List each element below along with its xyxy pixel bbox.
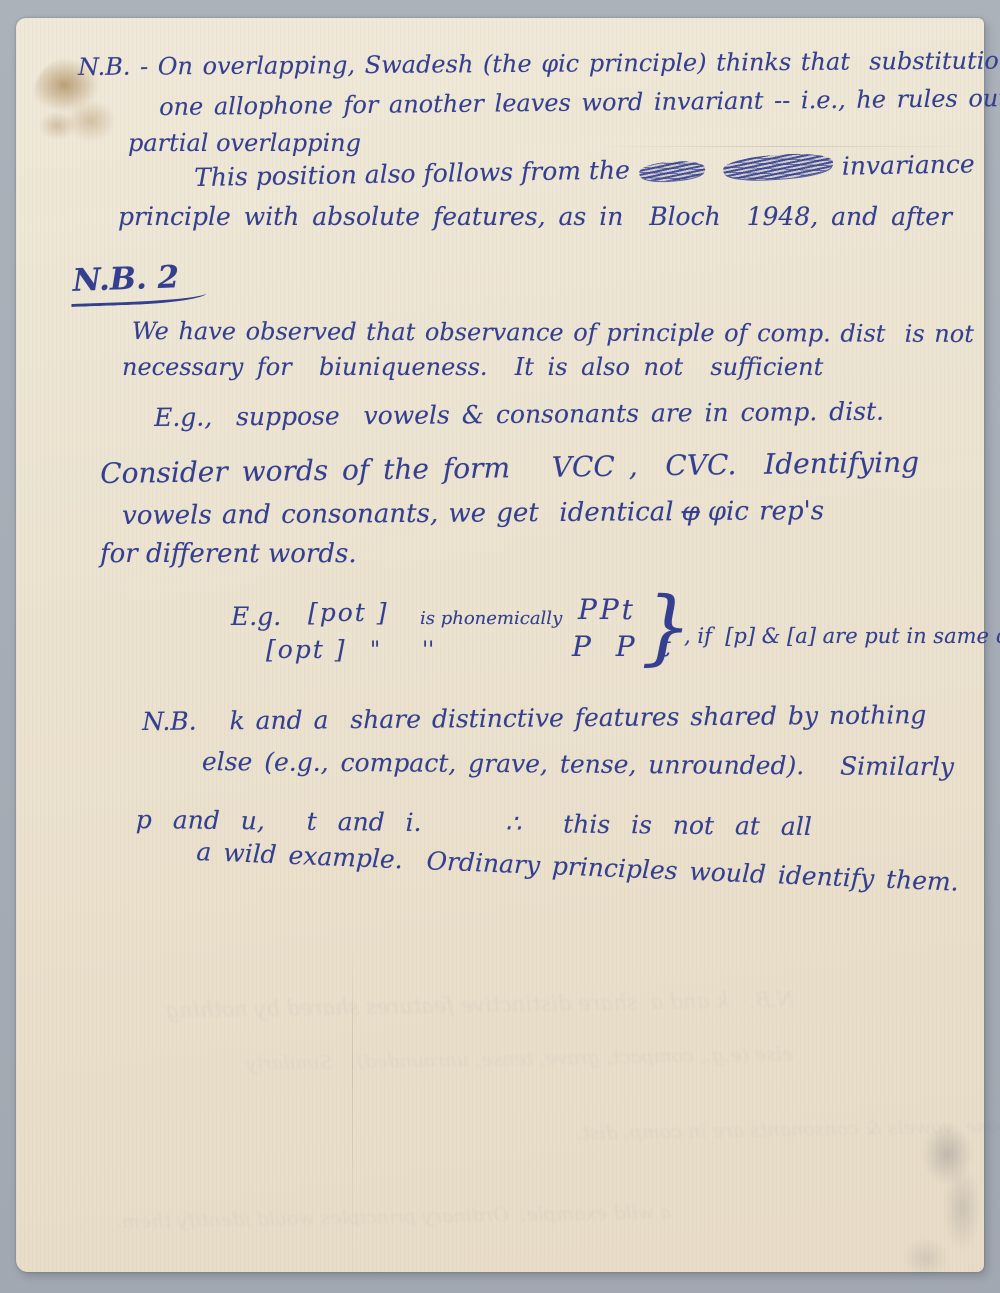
struck-out-phi: φ	[681, 497, 699, 527]
note-line-p-and-u: p and u, t and i. ∴ this is not at all	[136, 806, 812, 842]
note-line-observed: We have observed that observance of prin…	[132, 318, 974, 349]
note-line-identical: vowels and consonants, we get identicalφ…	[122, 497, 824, 532]
note-line-else: else (e.g., compact, grave, tense, unrou…	[202, 748, 954, 782]
note-line-nb-features: N.B. k and a share distinctive features …	[142, 701, 927, 737]
note-line-suppose: E.g., suppose vowels & consonants are in…	[154, 398, 884, 433]
note-text: vowels and consonants, we get identical	[122, 497, 674, 531]
note-line-bloch: principle with absolute features, as in …	[118, 203, 952, 232]
example-condition: , if [p] & [a] are put in same φ.	[684, 624, 1000, 648]
bleed-through-text: E.g., suppose vowels & consonants are in…	[576, 1113, 1000, 1144]
note-line-partial: partial overlapping	[128, 130, 361, 158]
note-line-overlapping: N.B. - On overlapping, Swadesh (the φic …	[78, 47, 1000, 81]
paper-crease-horizontal	[596, 146, 976, 147]
note-text: invariance	[842, 149, 975, 180]
section-heading-nb2: N.B. 2	[70, 259, 206, 306]
example-ppt-1: PPt	[578, 594, 636, 626]
bleed-through-text: N.B. k and a share distinctive features …	[166, 988, 795, 1023]
note-text: φic rep's	[708, 496, 825, 527]
ditto-marks: " ''	[370, 638, 434, 663]
scribbled-out-word	[722, 151, 833, 183]
note-line-allophone: one allophone for another leaves word in…	[159, 85, 1000, 121]
example-pot: [pot ]	[308, 599, 389, 628]
note-line-consider: Consider words of the form VCC , CVC. Id…	[100, 447, 919, 491]
note-line-wild-example: a wild example. Ordinary principles woul…	[196, 838, 959, 897]
bleed-through-text: a wild example. Ordinary principles woul…	[116, 1201, 672, 1233]
bleed-through-text: else (e.g., compact, grave, tense, unrou…	[246, 1043, 793, 1075]
note-text: This position also follows from the	[194, 155, 630, 192]
example-opt: [opt ]	[266, 636, 347, 665]
paper-sheet: N.B. - On overlapping, Swadesh (the φic …	[16, 18, 984, 1272]
scanned-note-page: N.B. - On overlapping, Swadesh (the φic …	[0, 0, 1000, 1293]
note-line-necessary: necessary for biuniqueness. It is also n…	[122, 354, 823, 382]
scribbled-out-word	[638, 159, 705, 183]
example-label: E.g.	[231, 603, 281, 632]
note-line-different-words: for different words.	[100, 540, 357, 570]
example-phonemically: is phonemically	[420, 609, 562, 630]
